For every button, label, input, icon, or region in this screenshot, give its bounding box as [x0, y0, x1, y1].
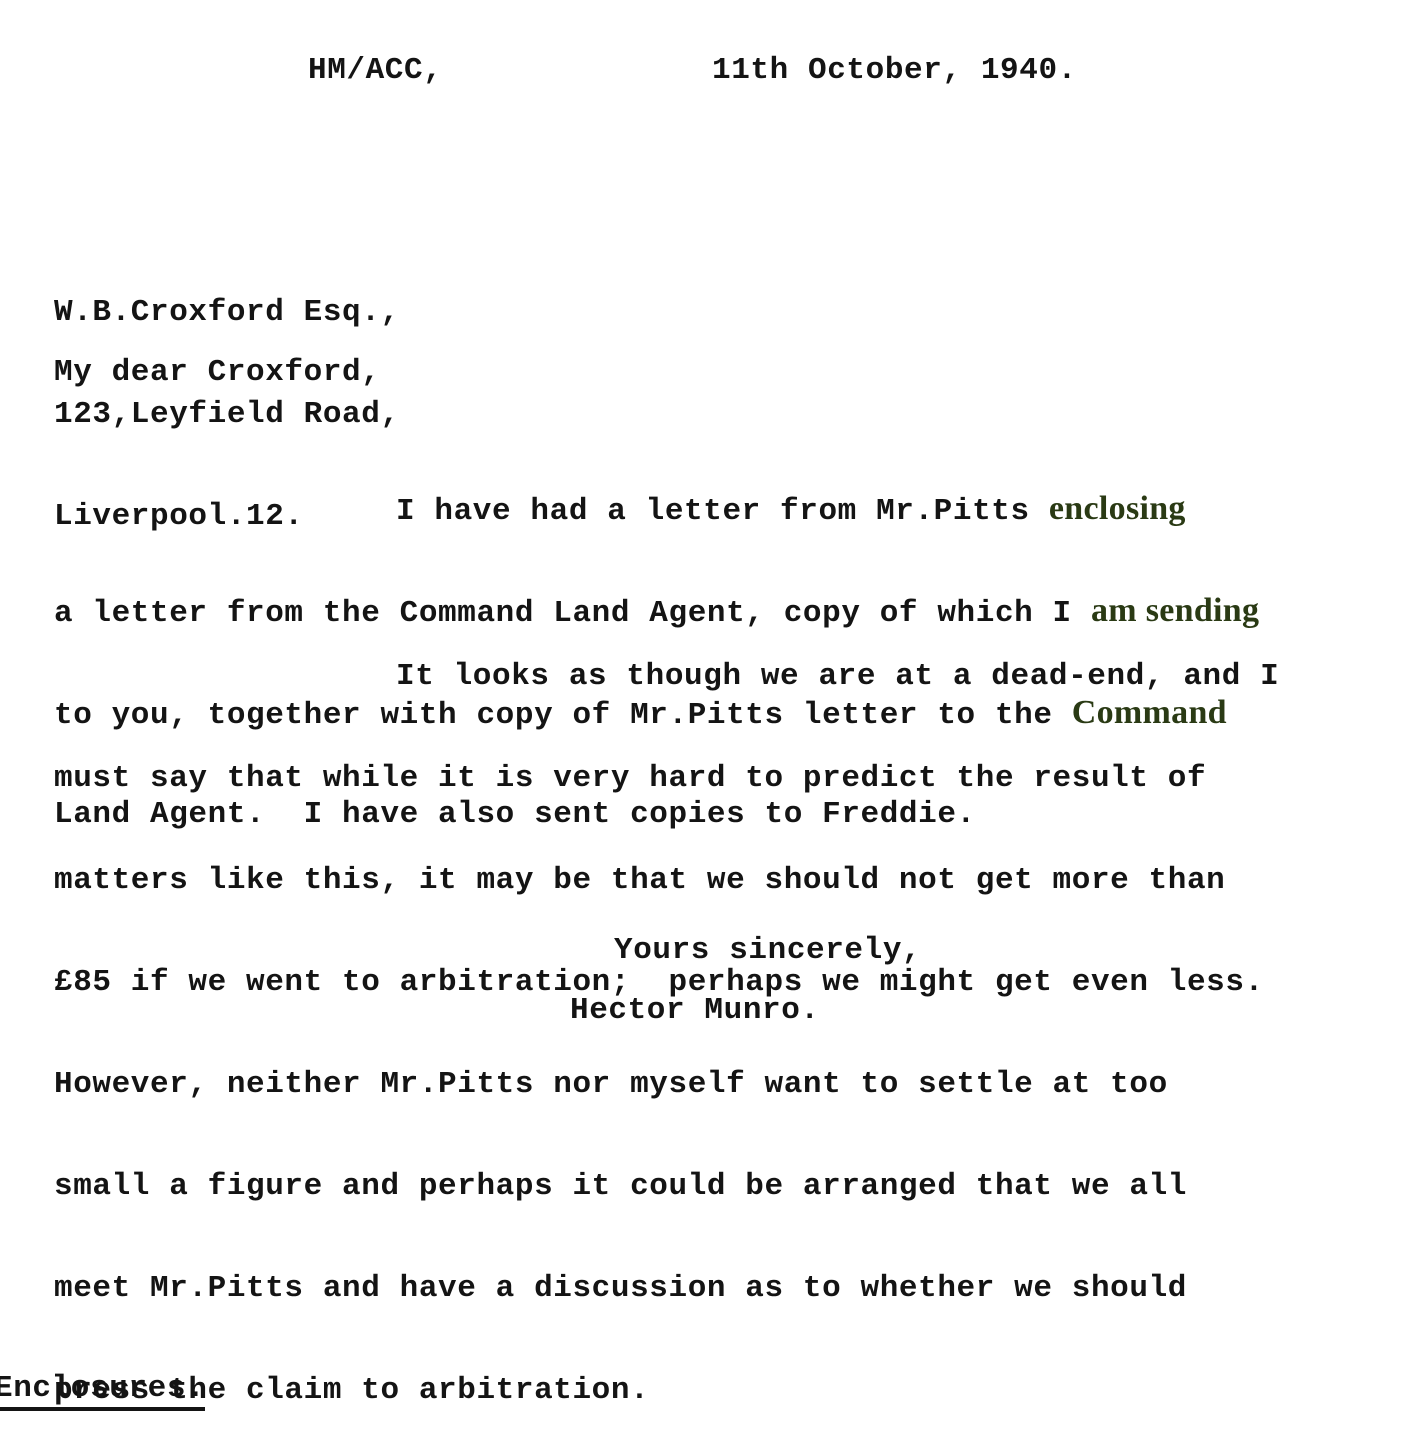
inserted-text: enclosing [1049, 490, 1186, 527]
paragraph-line: It looks as though we are at a dead-end,… [54, 660, 1279, 694]
reference-code: HM/ACC, [308, 54, 442, 88]
address-line-name: W.B.Croxford Esq., [54, 296, 400, 330]
letter-date: 11th October, 1940. [712, 54, 1077, 88]
salutation: My dear Croxford, [54, 356, 380, 390]
typed-text: I have had a letter from Mr.Pitts [396, 494, 1049, 529]
paragraph-line: meet Mr.Pitts and have a discussion as t… [54, 1272, 1279, 1306]
paragraph-line: must say that while it is very hard to p… [54, 762, 1279, 796]
signature: Hector Munro. [570, 994, 820, 1028]
enclosures-note: Enclosures. [0, 1372, 205, 1411]
paragraph-line: However, neither Mr.Pitts nor myself wan… [54, 1068, 1279, 1102]
paragraph-line: I have had a letter from Mr.Pitts enclos… [54, 492, 1259, 526]
typed-text: It looks as though we are at a dead-end,… [396, 659, 1279, 694]
closing: Yours sincerely, [614, 934, 921, 968]
paragraph-line: press the claim to arbitration. [54, 1374, 1279, 1408]
paragraph-line: small a figure and perhaps it could be a… [54, 1170, 1279, 1204]
paragraph-line: matters like this, it may be that we sho… [54, 864, 1279, 898]
